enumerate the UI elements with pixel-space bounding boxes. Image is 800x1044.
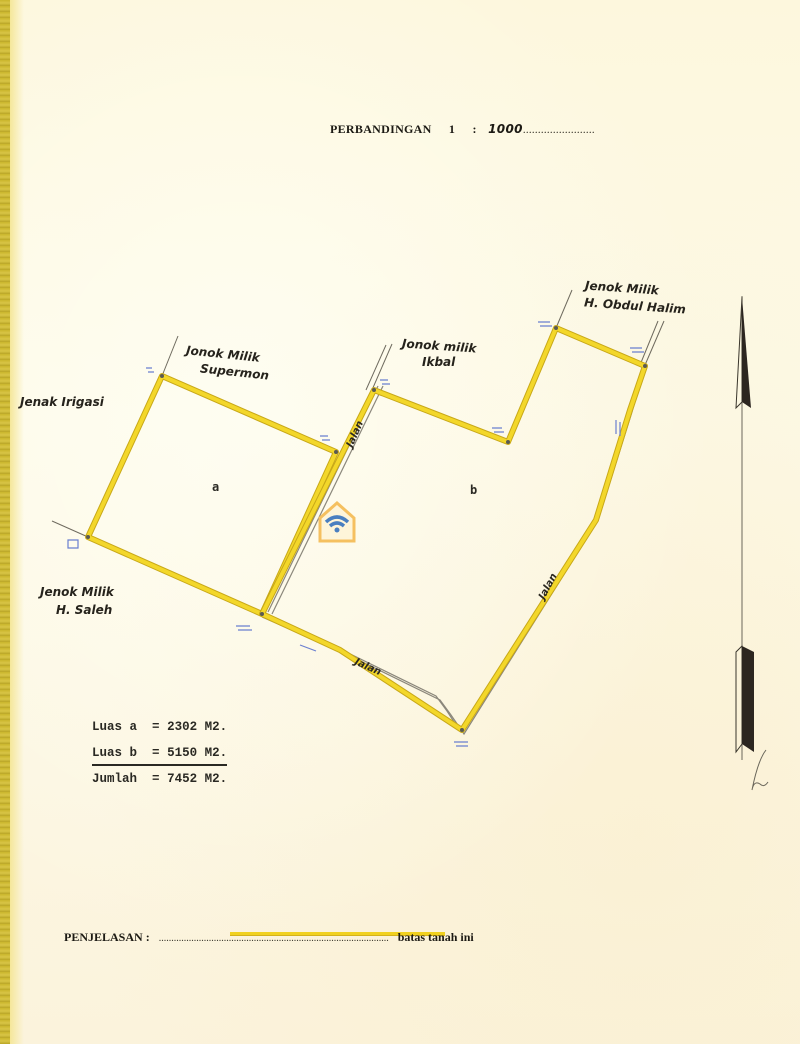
parcel-a-boundary <box>88 376 336 614</box>
land-parcel-map: Jalan Jalan Jalan <box>0 0 800 1044</box>
area-row-b: Luas b = 5150 M2. <box>92 740 227 766</box>
road-label-south: Jalan <box>351 656 383 678</box>
neighbor-west: Jenak Irigasi <box>20 394 104 410</box>
legend-separator: : <box>146 930 150 944</box>
area-row-total: Jumlah = 7452 M2. <box>92 766 227 792</box>
wifi-home-watermark-icon <box>316 500 358 544</box>
north-arrow <box>736 296 754 760</box>
legend-dots: ........................................… <box>159 933 389 944</box>
neighbor-north-b-2: Ikbal <box>422 354 455 370</box>
legend-footer: PENJELASAN : ...........................… <box>64 930 474 945</box>
area-row-a: Luas a = 2302 M2. <box>92 714 227 740</box>
legend-suffix: batas tanah ini <box>398 930 474 944</box>
neighbor-southwest-2: H. Saleh <box>56 602 112 618</box>
parcel-label-a: a <box>212 480 219 494</box>
area-summary: Luas a = 2302 M2. Luas b = 5150 M2. Juml… <box>92 714 227 792</box>
legend-label: PENJELASAN <box>64 930 143 944</box>
neighbor-southwest-1: Jenok Milik <box>40 584 114 600</box>
signature-mark <box>752 750 768 790</box>
road-label-middle: Jalan <box>344 419 366 451</box>
parcel-label-b: b <box>470 483 477 497</box>
